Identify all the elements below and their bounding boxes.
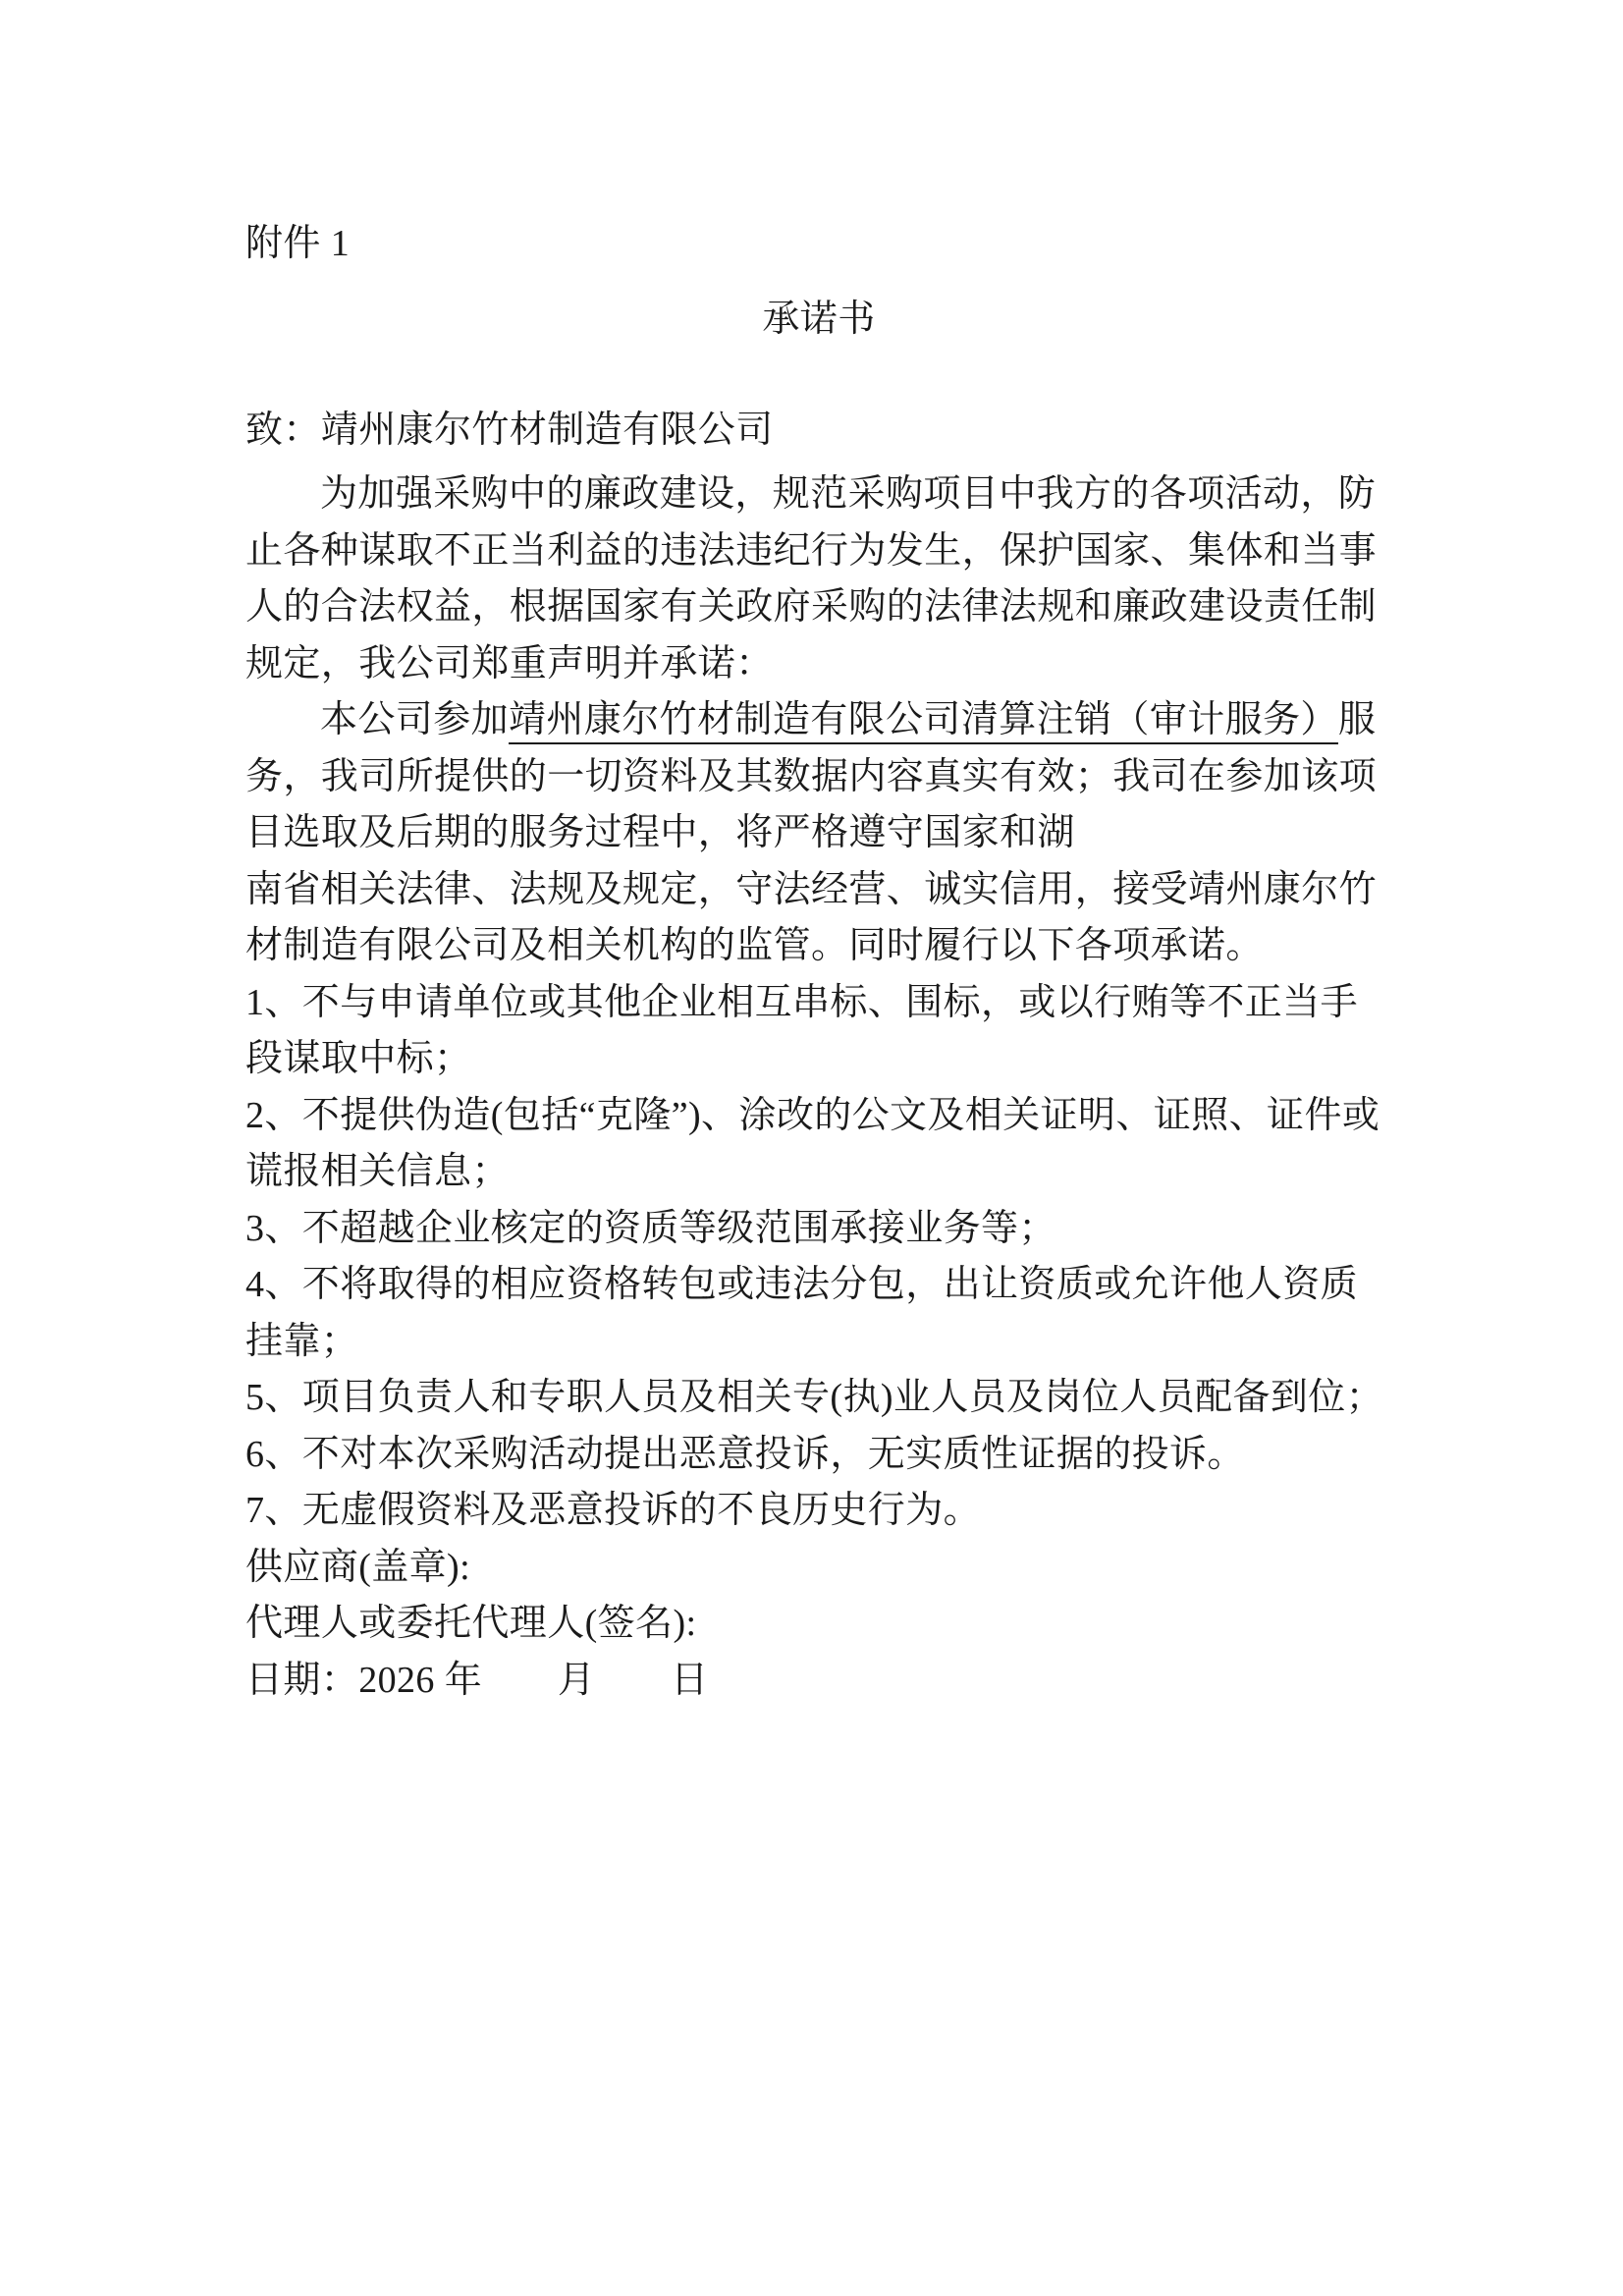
line-text: 为加强采购中的廉政建设，规范采购项目中我方的各项活动，防: [320, 473, 1376, 515]
document-line: 挂靠；: [245, 1314, 1392, 1371]
document-line: 3、不超越企业核定的资质等级范围承接业务等；: [245, 1201, 1392, 1258]
line-text: 1、不与申请单位或其他企业相互串标、围标，或以行贿等不正当手: [245, 982, 1358, 1023]
document-line: 谎报相关信息；: [245, 1144, 1392, 1201]
document-line: 2、不提供伪造(包括“克隆”)、涂改的公文及相关证明、证照、证件或: [245, 1088, 1392, 1145]
line-text: 材制造有限公司及相关机构的监管。同时履行以下各项承诺。: [245, 925, 1264, 966]
line-text: 务，我司所提供的一切资料及其数据内容真实有效；我司在参加该项: [245, 756, 1377, 797]
document-line: 规定，我公司郑重声明并承诺：: [245, 636, 1392, 693]
line-text: 4、不将取得的相应资格转包或违法分包，出让资质或允许他人资质: [245, 1264, 1358, 1305]
line-text: 7、无虚假资料及恶意投诉的不良历史行为。: [245, 1490, 981, 1531]
document-line: 日期：2026 年 月 日: [245, 1653, 1392, 1710]
document-line: 本公司参加靖州康尔竹材制造有限公司清算注销（审计服务）服: [245, 692, 1392, 749]
document-line: 7、无虚假资料及恶意投诉的不良历史行为。: [245, 1483, 1392, 1540]
underlined-text: 靖州康尔竹材制造有限公司清算注销（审计服务）: [509, 699, 1338, 744]
line-text: 2、不提供伪造(包括“克隆”)、涂改的公文及相关证明、证照、证件或: [245, 1095, 1380, 1136]
document-line: 材制造有限公司及相关机构的监管。同时履行以下各项承诺。: [245, 918, 1392, 975]
line-text: 规定，我公司郑重声明并承诺：: [245, 643, 774, 684]
document-line: 为加强采购中的廉政建设，规范采购项目中我方的各项活动，防: [245, 466, 1392, 523]
line-text: 本公司参加: [320, 699, 509, 740]
line-text: 人的合法权益，根据国家有关政府采购的法律法规和廉政建设责任制: [245, 586, 1377, 628]
line-text: 6、不对本次采购活动提出恶意投诉，无实质性证据的投诉。: [245, 1434, 1245, 1475]
document-line: 1、不与申请单位或其他企业相互串标、围标，或以行贿等不正当手: [245, 975, 1392, 1032]
recipient-line: 致：靖州康尔竹材制造有限公司: [245, 403, 1392, 459]
document-content: 附件 1 承诺书 致：靖州康尔竹材制造有限公司 为加强采购中的廉政建设，规范采购…: [245, 216, 1392, 1709]
document-line: 6、不对本次采购活动提出恶意投诉，无实质性证据的投诉。: [245, 1427, 1392, 1484]
line-text: 5、项目负责人和专职人员及相关专(执)业人员及岗位人员配备到位；: [245, 1377, 1383, 1418]
line-text: 止各种谋取不正当利益的违法违纪行为发生，保护国家、集体和当事: [245, 530, 1377, 572]
document-line: 段谋取中标；: [245, 1031, 1392, 1088]
document-line: 人的合法权益，根据国家有关政府采购的法律法规和廉政建设责任制: [245, 579, 1392, 636]
line-text: 日期：2026 年 月 日: [245, 1660, 709, 1701]
line-text: 谎报相关信息；: [245, 1151, 510, 1192]
document-line: 目选取及后期的服务过程中，将严格遵守国家和湖: [245, 805, 1392, 862]
line-text: 服: [1338, 699, 1376, 740]
document-line: 务，我司所提供的一切资料及其数据内容真实有效；我司在参加该项: [245, 749, 1392, 806]
document-line: 供应商(盖章):: [245, 1540, 1392, 1597]
document-line: 4、不将取得的相应资格转包或违法分包，出让资质或允许他人资质: [245, 1257, 1392, 1314]
document-line: 南省相关法律、法规及规定，守法经营、诚实信用，接受靖州康尔竹: [245, 862, 1392, 919]
document-line: 5、项目负责人和专职人员及相关专(执)业人员及岗位人员配备到位；: [245, 1370, 1392, 1427]
attachment-label: 附件 1: [245, 216, 1392, 272]
line-text: 供应商(盖章):: [245, 1547, 470, 1588]
line-text: 代理人或委托代理人(签名):: [245, 1603, 696, 1644]
line-text: 南省相关法律、法规及规定，守法经营、诚实信用，接受靖州康尔竹: [245, 869, 1377, 910]
document-page: 附件 1 承诺书 致：靖州康尔竹材制造有限公司 为加强采购中的廉政建设，规范采购…: [0, 0, 1623, 2296]
document-line: 止各种谋取不正当利益的违法违纪行为发生，保护国家、集体和当事: [245, 523, 1392, 580]
line-text: 挂靠；: [245, 1321, 358, 1362]
line-text: 3、不超越企业核定的资质等级范围承接业务等；: [245, 1208, 1056, 1249]
document-line: 代理人或委托代理人(签名):: [245, 1596, 1392, 1653]
line-text: 段谋取中标；: [245, 1038, 471, 1079]
document-title: 承诺书: [245, 292, 1392, 348]
document-body: 为加强采购中的廉政建设，规范采购项目中我方的各项活动，防止各种谋取不正当利益的违…: [245, 466, 1392, 1709]
line-text: 目选取及后期的服务过程中，将严格遵守国家和湖: [245, 812, 1075, 853]
